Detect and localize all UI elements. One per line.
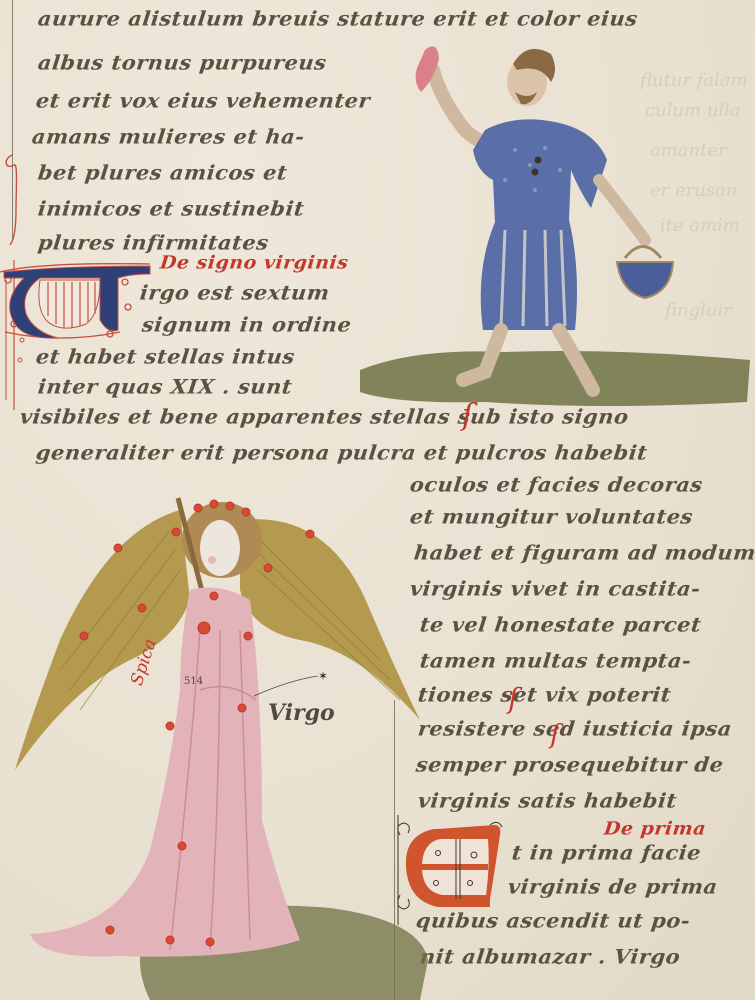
- text-line: albus tornus purpureus: [37, 51, 328, 75]
- text-line: amans mulieres et ha-: [31, 125, 306, 149]
- text-line: inimicos et sustinebit: [37, 197, 306, 221]
- text-line: te vel honestate parcet: [419, 613, 703, 637]
- label-virgo: Virgo: [268, 700, 335, 726]
- illustration-winged-virgo: ✶: [0, 490, 430, 1000]
- text-line: irgo est sextum: [139, 281, 331, 305]
- text-line: et habet stellas intus: [35, 345, 297, 369]
- manuscript-page: flutur falam culum ulla amanter er erusa…: [0, 0, 755, 1000]
- text-line: inter quas XIX . sunt: [37, 375, 294, 399]
- text-line: habet et figuram ad modum: [413, 541, 755, 565]
- text-line: nit albumazar . Virgo: [419, 945, 682, 969]
- illustration-man-with-basket: [355, 30, 755, 410]
- text-line: tiones set vix poterit: [417, 683, 673, 707]
- text-line: plures infirmitates: [37, 231, 270, 255]
- decorated-initial-v: [0, 252, 160, 342]
- label-number: 514: [184, 676, 203, 687]
- text-line: et mungitur voluntates: [409, 505, 695, 529]
- text-line: tamen multas tempta-: [419, 649, 693, 673]
- text-line: et erit vox eius vehementer: [35, 89, 372, 113]
- rubric-heading: De prima: [603, 819, 707, 840]
- text-line: semper prosequebitur de: [415, 753, 725, 777]
- text-line: visibiles et bene apparentes stellas sub…: [19, 405, 630, 429]
- text-line: signum in ordine: [141, 313, 353, 337]
- rubric-mark: ſ: [508, 682, 518, 715]
- text-line: virginis de prima: [507, 875, 719, 899]
- text-line: quibus ascendit ut po-: [415, 909, 692, 933]
- margin-flourish-hook: [2, 150, 32, 250]
- rubric-mark: ſ: [462, 398, 473, 433]
- text-line: bet plures amicos et: [37, 161, 289, 185]
- text-line: t in prima facie: [511, 841, 703, 865]
- text-line: virginis satis habebit: [417, 789, 678, 813]
- text-line: resistere sed iusticia ipsa: [417, 717, 734, 741]
- text-line: oculos et facies decoras: [409, 473, 704, 497]
- text-line: generaliter erit persona pulcra et pulcr…: [35, 441, 649, 465]
- text-line: aurure alistulum breuis stature erit et …: [37, 7, 639, 31]
- rubric-mark: ſ: [550, 720, 560, 750]
- svg-text:✶: ✶: [318, 669, 328, 683]
- rubric-heading: De signo virginis: [159, 253, 350, 274]
- text-line: virginis vivet in castita-: [409, 577, 702, 601]
